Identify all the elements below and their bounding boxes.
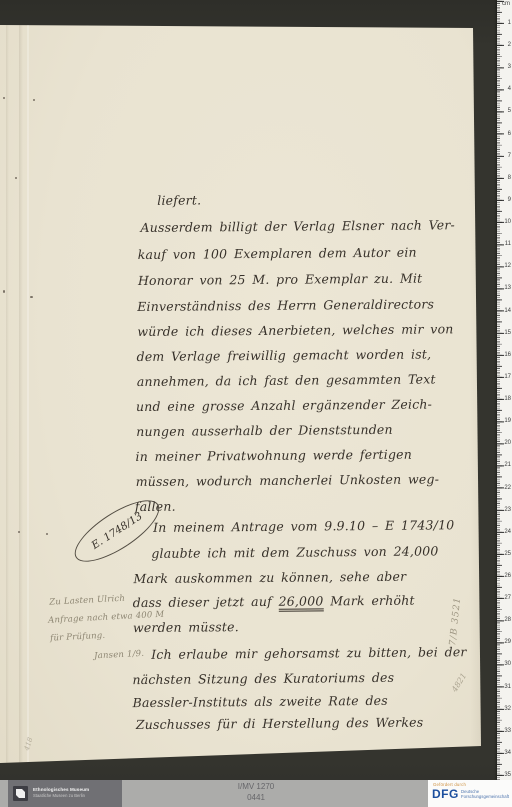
letter-line: Mark auskommen zu können, sehe aber bbox=[133, 569, 406, 586]
ruler-number: 29 bbox=[499, 639, 511, 645]
dfg-org-name-line2: Forschungsgemeinschaft bbox=[461, 795, 509, 799]
ruler-number: 30 bbox=[499, 661, 511, 667]
ruler-number: 17 bbox=[499, 374, 511, 380]
ruler-number: 1 bbox=[499, 20, 511, 26]
ruler-number: 22 bbox=[499, 485, 511, 491]
ruler-number: 25 bbox=[499, 551, 511, 557]
ruler-number: 19 bbox=[499, 418, 511, 424]
letter-line: dem Verlage freiwillig gemacht worden is… bbox=[137, 346, 432, 364]
ruler-number: 33 bbox=[499, 728, 511, 734]
letter-line: Honorar von 25 M. pro Exemplar zu. Mit bbox=[138, 271, 423, 288]
ruler-number: 7 bbox=[499, 153, 511, 159]
ruler-number: 6 bbox=[499, 131, 511, 137]
letter-line: liefert. bbox=[157, 192, 201, 207]
ruler-number: 27 bbox=[499, 595, 511, 601]
dfg-org-name: Deutsche Forschungsgemeinschaft bbox=[461, 789, 509, 800]
ruler-number: 23 bbox=[499, 507, 511, 513]
ruler-number: 5 bbox=[499, 108, 511, 114]
letter-line: In meinem Antrage vom 9.9.10 – E 1743/10 bbox=[153, 517, 454, 535]
ruler-unit-label: cm bbox=[498, 1, 510, 7]
letter-line: Baessler-Instituts als zweite Rate des bbox=[133, 693, 388, 710]
dfg-funding-block: Gefördert durch DFG Deutsche Forschungsg… bbox=[428, 780, 512, 807]
ruler-number: 8 bbox=[499, 175, 511, 181]
letter-line: Ausserdem billigt der Verlag Elsner nach… bbox=[140, 217, 455, 235]
letter-line: in meiner Privatwohnung werde fertigen bbox=[135, 447, 412, 464]
ruler-number: 2 bbox=[499, 42, 511, 48]
letter-line: müssen, wodurch mancherlei Unkosten weg- bbox=[136, 471, 440, 489]
letter-body: liefert. Ausserdem billigt der Verlag El… bbox=[0, 0, 512, 807]
dfg-logo: DFG bbox=[432, 787, 459, 801]
cm-ruler: cm 1234567891011121314151617181920212223… bbox=[497, 0, 512, 781]
ruler-number: 26 bbox=[499, 573, 511, 579]
ruler-number: 13 bbox=[499, 285, 511, 291]
ruler-number: 15 bbox=[499, 330, 511, 336]
ruler-number: 4 bbox=[499, 86, 511, 92]
ruler-number: 16 bbox=[499, 352, 511, 358]
footer-bar: Ethnologisches Museum Staatliche Museen … bbox=[0, 780, 512, 807]
ruler-number: 18 bbox=[499, 396, 511, 402]
ruler-number: 31 bbox=[499, 684, 511, 690]
ruler-number: 24 bbox=[499, 529, 511, 535]
ruler-number: 10 bbox=[499, 219, 511, 225]
ruler-number: 32 bbox=[499, 706, 511, 712]
ruler-number: 21 bbox=[499, 462, 511, 468]
ruler-number: 11 bbox=[499, 241, 511, 247]
letter-line: annehmen, da ich fast den gesammten Text bbox=[137, 371, 436, 389]
letter-line: Zuschusses für di Herstellung des Werkes bbox=[136, 715, 424, 733]
ruler-number: 35 bbox=[499, 772, 511, 778]
underlined-amount: 26,000 bbox=[278, 593, 323, 611]
letter-line: kauf von 100 Exemplaren dem Autor ein bbox=[138, 245, 417, 262]
ruler-number: 12 bbox=[499, 263, 511, 269]
ruler-number: 34 bbox=[499, 750, 511, 756]
ruler-number: 3 bbox=[499, 64, 511, 70]
ruler-number: 20 bbox=[499, 440, 511, 446]
letter-line: glaubte ich mit dem Zuschuss von 24,000 bbox=[151, 543, 438, 561]
ruler-number: 9 bbox=[499, 197, 511, 203]
letter-line: würde ich dieses Anerbieten, welches mir… bbox=[137, 321, 453, 339]
letter-line: nächsten Sitzung des Kuratoriums des bbox=[132, 670, 394, 687]
letter-line: dass dieser jetzt auf 26,000 Mark erhöht bbox=[133, 593, 415, 610]
letter-line: Einverständniss des Herrn Generaldirecto… bbox=[137, 296, 434, 314]
ruler-number: 14 bbox=[499, 308, 511, 314]
letter-line-segment: Mark erhöht bbox=[323, 593, 414, 609]
letter-line: werden müsste. bbox=[133, 619, 239, 635]
letter-line: und eine grosse Anzahl ergänzender Zeich… bbox=[136, 396, 432, 414]
letter-line-segment: dass dieser jetzt auf bbox=[133, 594, 279, 610]
letter-line: nungen ausserhalb der Dienststunden bbox=[136, 422, 393, 439]
ruler-number: 28 bbox=[499, 617, 511, 623]
letter-line: Ich erlaube mir gehorsamst zu bitten, be… bbox=[151, 644, 467, 662]
scan-viewer: liefert. Ausserdem billigt der Verlag El… bbox=[0, 0, 512, 807]
